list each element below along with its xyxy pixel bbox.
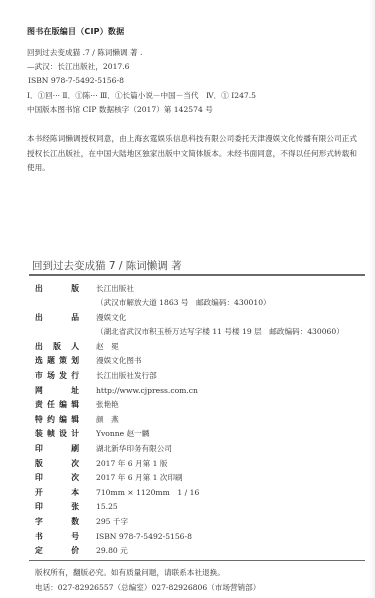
row-publisher-person: 出版人 赵 冕 [35, 340, 367, 355]
row-printer: 印刷 湖北新华印务有限公司 [35, 442, 367, 457]
rights-notice: 版权所有，翻版必究。如有质量问题，请联系本社退换。 [35, 566, 367, 581]
footer: 版权所有，翻版必究。如有质量问题，请联系本社退换。 电话：027-8292655… [27, 566, 367, 595]
row-value: Yvonne 赵一麟 [96, 427, 149, 442]
colophon-rows: 出版 长江出版社 （武汉市解放大道 1863 号 邮政编码：430010） 出品… [27, 282, 367, 559]
cip-line-classification: Ⅰ．①回··· Ⅱ．①陈··· Ⅲ．①长篇小说－中国－当代 Ⅳ．① I247.5 [27, 89, 357, 103]
row-word-count: 字数 295 千字 [35, 515, 367, 530]
row-label: 特约编辑 [35, 413, 79, 428]
row-producer: 出品 漫娱文化 （湖北省武汉市积玉桥万达写字楼 11 号楼 19 层 邮政编码：… [35, 311, 367, 340]
row-special-editor: 特约编辑 颜 燕 [35, 413, 367, 428]
row-value: 湖北新华印务有限公司 [96, 442, 172, 457]
row-value: 295 千字 [96, 515, 128, 530]
row-label: 出版 [35, 282, 79, 297]
row-publisher: 出版 长江出版社 （武汉市解放大道 1863 号 邮政编码：430010） [35, 282, 367, 311]
row-label: 选题策划 [35, 354, 79, 369]
cip-title: 图书在版编目（CIP）数据 [27, 26, 357, 37]
row-value: 2017 年 6 月第 1 次印刷 [96, 471, 183, 486]
cip-block: 图书在版编目（CIP）数据 回到过去变成猫 .7 / 陈词懒调 著 . —武汉：… [27, 26, 357, 117]
book-title: 回到过去变成猫 7 / 陈词懒调 著 [27, 259, 367, 273]
cip-line-publisher: —武汉：长江出版社，2017.6 [27, 60, 357, 74]
row-printing: 印次 2017 年 6 月第 1 次印刷 [35, 471, 367, 486]
row-value: 2017 年 6 月第 1 版 [96, 457, 167, 472]
row-value-address: （武汉市解放大道 1863 号 邮政编码：430010） [96, 296, 271, 311]
row-isbn: 书号 ISBN 978-7-5492-5156-8 [35, 530, 367, 545]
row-label: 开本 [35, 486, 79, 501]
divider-bottom [29, 560, 365, 562]
cip-line-title: 回到过去变成猫 .7 / 陈词懒调 著 . [27, 46, 357, 60]
row-value: 漫娱文化图书 [96, 354, 142, 369]
cip-line-isbn: ISBN 978-7-5492-5156-8 [27, 74, 357, 88]
row-editor: 责任编辑 张艳艳 [35, 398, 367, 413]
row-value: 颜 燕 [96, 413, 119, 428]
row-label: 装帧设计 [35, 427, 79, 442]
row-value: 长江出版社 [96, 282, 271, 297]
colophon: 回到过去变成猫 7 / 陈词懒调 著 出版 长江出版社 （武汉市解放大道 186… [27, 259, 367, 595]
divider-top [29, 274, 365, 276]
row-value-address: （湖北省武汉市积玉桥万达写字楼 11 号楼 19 层 邮政编码：430060） [96, 325, 344, 340]
row-value: 赵 冕 [96, 340, 119, 355]
contact-phone: 电话：027-82926557（总编室）027-82926806（市场营销部） [35, 581, 367, 596]
authorization-notice: 本书经陈词懒调授权同意，由上海玄霆娱乐信息科技有限公司委托天津漫娱文化传播有限公… [27, 132, 357, 176]
row-value: 长江出版社发行部 [96, 369, 157, 384]
row-label: 字数 [35, 515, 79, 530]
row-value: 漫娱文化 [96, 311, 344, 326]
row-label: 出品 [35, 311, 79, 326]
row-value: 15.25 [96, 500, 118, 515]
scan-edge-shadow [369, 0, 375, 598]
row-label: 出版人 [35, 340, 79, 355]
row-label: 市场发行 [35, 369, 79, 384]
row-label: 印刷 [35, 442, 79, 457]
row-label: 版次 [35, 457, 79, 472]
row-website: 网址 http://www.cjpress.com.cn [35, 384, 367, 399]
row-planning: 选题策划 漫娱文化图书 [35, 354, 367, 369]
row-label: 印次 [35, 471, 79, 486]
row-value: 710mm × 1120mm 1 / 16 [96, 486, 199, 501]
cip-line-record-number: 中国版本图书馆 CIP 数据核字（2017）第 142574 号 [27, 103, 357, 117]
website-link[interactable]: http://www.cjpress.com.cn [96, 384, 198, 399]
row-label: 责任编辑 [35, 398, 79, 413]
row-value: 张艳艳 [96, 398, 119, 413]
row-edition: 版次 2017 年 6 月第 1 版 [35, 457, 367, 472]
row-label: 印张 [35, 500, 79, 515]
row-label: 定价 [35, 544, 79, 559]
row-label: 网址 [35, 384, 79, 399]
row-value: ISBN 978-7-5492-5156-8 [96, 530, 192, 545]
row-label: 书号 [35, 530, 79, 545]
row-format: 开本 710mm × 1120mm 1 / 16 [35, 486, 367, 501]
row-sheets: 印张 15.25 [35, 500, 367, 515]
row-price: 定价 29.80 元 [35, 544, 367, 559]
row-distribution: 市场发行 长江出版社发行部 [35, 369, 367, 384]
row-value: 29.80 元 [96, 544, 128, 559]
row-design: 装帧设计 Yvonne 赵一麟 [35, 427, 367, 442]
